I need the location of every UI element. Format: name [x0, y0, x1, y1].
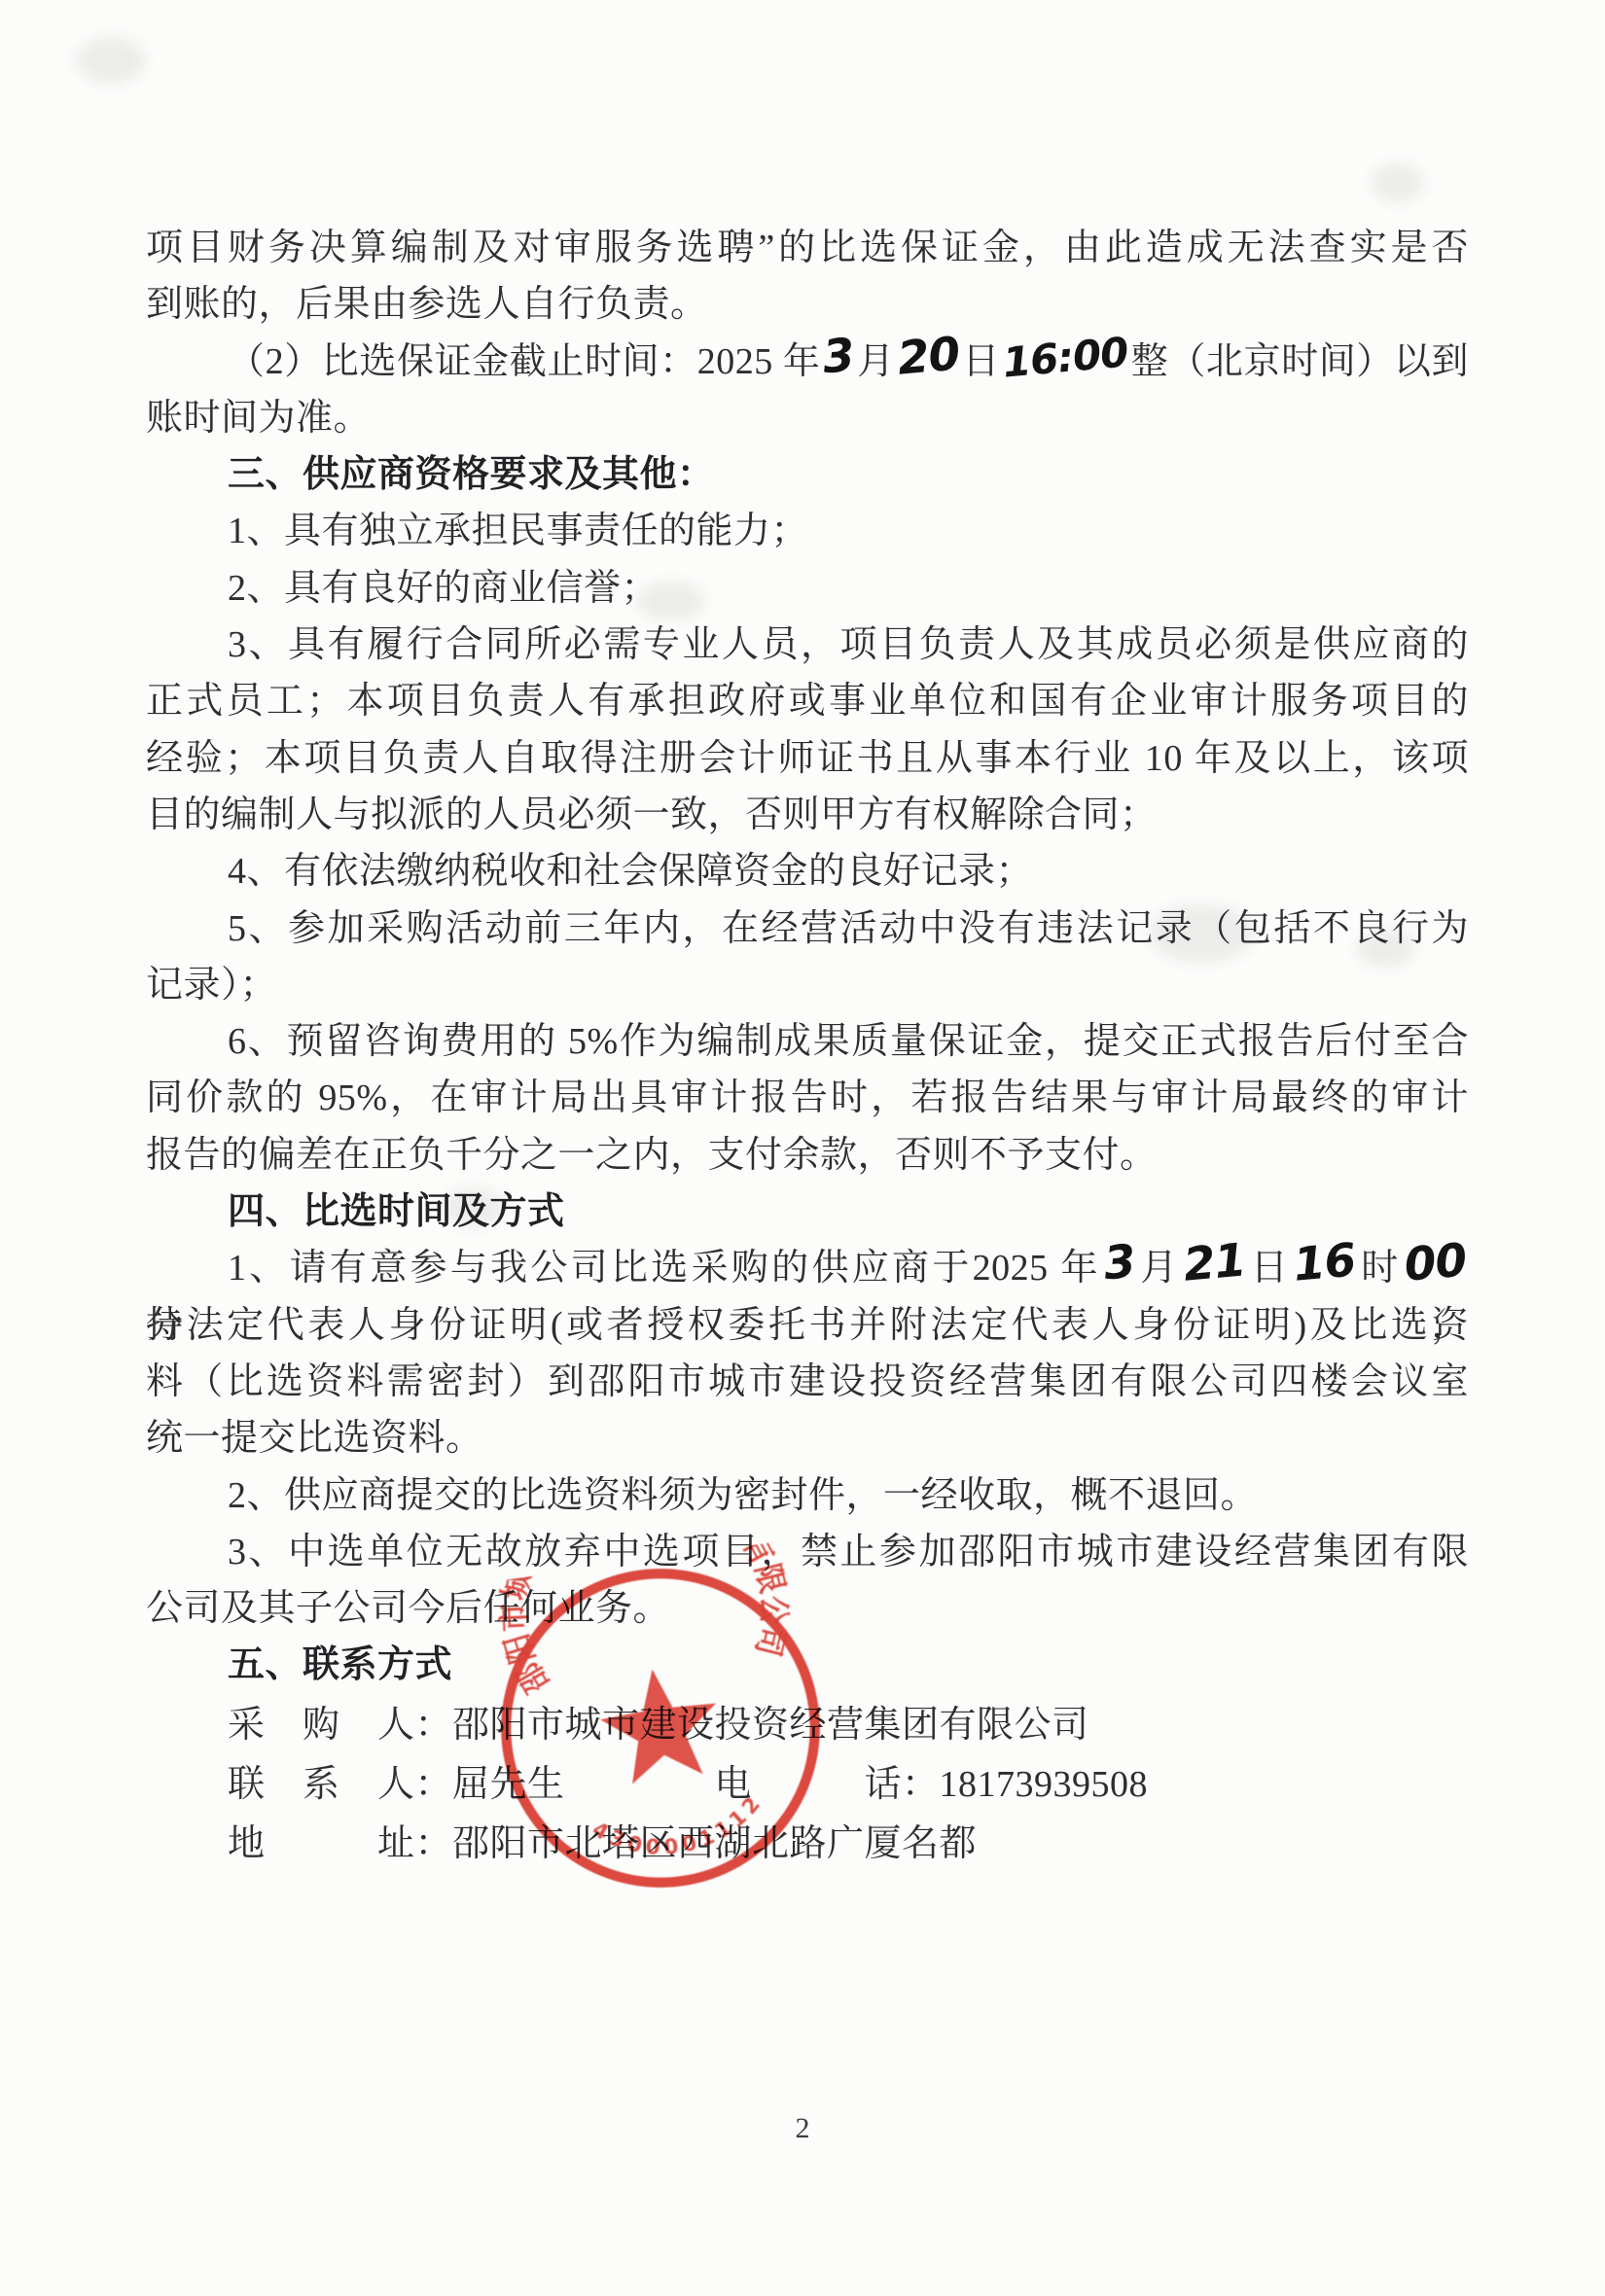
contact-purchaser: 采 购 人：邵阳市城市建设投资经营集团有限公司	[146, 1697, 1469, 1753]
handwritten-month: 3	[821, 332, 856, 380]
scan-artifact	[1372, 163, 1424, 202]
text: 1、请有意参与我公司比选采购的供应商于2025 年	[228, 1248, 1101, 1289]
document-body: 项目财务决算编制及对审服务选聘”的比选保证金，由此造成无法查实是否 到账的，后果…	[146, 220, 1469, 1873]
list-item: 3、中选单位无故放弃中选项目，禁止参加邵阳市城市建设经营集团有限	[146, 1524, 1469, 1580]
text-line: 正式员工；本项目负责人有承担政府或事业单位和国有企业审计服务项目的	[146, 673, 1469, 729]
text: 地 址：邵阳市北塔区西湖北路广厦名都	[228, 1823, 977, 1864]
contact-address: 地 址：邵阳市北塔区西湖北路广厦名都	[146, 1816, 1469, 1872]
text: 同价款的 95%，在审计局出具审计报告时，若报告结果与审计局最终的审计	[146, 1077, 1469, 1118]
text-line: 项目财务决算编制及对审服务选聘”的比选保证金，由此造成无法查实是否	[146, 220, 1469, 276]
text: 5、参加采购活动前三年内，在经营活动中没有违法记录（包括不良行为	[228, 908, 1469, 949]
text: （2）比选保证金截止时间：2025 年	[228, 341, 820, 382]
heading-text: 三、供应商资格要求及其他：	[228, 454, 715, 495]
text: 公司及其子公司今后任何业务。	[146, 1588, 670, 1629]
text-line: 同价款的 95%，在审计局出具审计报告时，若报告结果与审计局最终的审计	[146, 1070, 1469, 1126]
text: 报告的偏差在正负千分之一之内，支付余款，否则不予支付。	[146, 1135, 1158, 1176]
heading-text: 五、联系方式	[228, 1644, 452, 1685]
text: 采 购 人：邵阳市城市建设投资经营集团有限公司	[228, 1705, 1089, 1746]
text: 2、具有良好的商业信誉；	[228, 568, 659, 609]
text-line-deadline: （2）比选保证金截止时间：2025 年3月20日16:00整（北京时间）以到	[146, 334, 1469, 390]
text: 整（北京时间）以到	[1131, 341, 1469, 382]
text: 月	[1137, 1248, 1180, 1289]
text: 到账的，后果由参选人自行负责。	[146, 284, 708, 325]
list-item: 5、参加采购活动前三年内，在经营活动中没有违法记录（包括不良行为	[146, 901, 1469, 957]
text: 6、预留咨询费用的 5%作为编制成果质量保证金，提交正式报告后付至合	[228, 1021, 1469, 1062]
text: 账时间为准。	[146, 398, 371, 439]
text: 月	[857, 341, 895, 382]
text: 3、具有履行合同所必需专业人员，项目负责人及其成员必须是供应商的	[228, 624, 1469, 665]
text-line: 到账的，后果由参选人自行负责。	[146, 276, 1469, 333]
text: 联 系 人：屈先生 电 话：18173939508	[228, 1764, 1148, 1805]
text: 4、有依法缴纳税收和社会保障资金的良好记录；	[228, 851, 1033, 892]
document-page: 项目财务决算编制及对审服务选聘”的比选保证金，由此造成无法查实是否 到账的，后果…	[0, 0, 1605, 2296]
list-item: 3、具有履行合同所必需专业人员，项目负责人及其成员必须是供应商的	[146, 617, 1469, 673]
text: 日	[962, 341, 1000, 382]
text-line: 经验；本项目负责人自取得注册会计师证书且从事本行业 10 年及以上，该项	[146, 730, 1469, 787]
section-heading-4: 四、比选时间及方式	[146, 1183, 1469, 1240]
text-line: 料（比选资料需密封）到邵阳市城市建设投资经营集团有限公司四楼会议室	[146, 1354, 1469, 1410]
text-line: 记录）；	[146, 957, 1469, 1013]
text-line: 公司及其子公司今后任何业务。	[146, 1580, 1469, 1637]
text-line: 账时间为准。	[146, 390, 1469, 446]
text: 时	[1358, 1248, 1401, 1289]
text: 日	[1248, 1248, 1291, 1289]
text-line: 持法定代表人身份证明(或者授权委托书并附法定代表人身份证明)及比选资	[146, 1297, 1469, 1354]
handwritten-day: 20	[896, 331, 961, 381]
text-line: 报告的偏差在正负千分之一之内，支付余款，否则不予支付。	[146, 1127, 1469, 1183]
text: 项目财务决算编制及对审服务选聘”的比选保证金，由此造成无法查实是否	[146, 228, 1469, 268]
list-item: 2、供应商提交的比选资料须为密封件，一经收取，概不退回。	[146, 1467, 1469, 1524]
contact-person-phone: 联 系 人：屈先生 电 话：18173939508	[146, 1756, 1469, 1813]
text: 1、具有独立承担民事责任的能力；	[228, 511, 808, 551]
text-line: 统一提交比选资料。	[146, 1410, 1469, 1466]
list-item: 4、有依法缴纳税收和社会保障资金的良好记录；	[146, 843, 1469, 900]
text: 目的编制人与拟派的人员必须一致，否则甲方有权解除合同；	[146, 795, 1158, 835]
text: 经验；本项目负责人自取得注册会计师证书且从事本行业 10 年及以上，该项	[146, 738, 1469, 779]
text: 料（比选资料需密封）到邵阳市城市建设投资经营集团有限公司四楼会议室	[146, 1361, 1469, 1402]
text-line: 目的编制人与拟派的人员必须一致，否则甲方有权解除合同；	[146, 787, 1469, 843]
text-line-meeting-time: 1、请有意参与我公司比选采购的供应商于2025 年3月21日16时00分，	[146, 1240, 1469, 1296]
handwritten-month: 3	[1102, 1239, 1137, 1288]
text: 3、中选单位无故放弃中选项目，禁止参加邵阳市城市建设经营集团有限	[228, 1532, 1469, 1572]
text: 统一提交比选资料。	[146, 1418, 483, 1459]
handwritten-minute: 00	[1402, 1238, 1467, 1289]
scan-artifact	[76, 37, 146, 84]
list-item: 1、具有独立承担民事责任的能力；	[146, 503, 1469, 559]
handwritten-day: 21	[1181, 1238, 1246, 1289]
page-number: 2	[0, 2112, 1605, 2145]
handwritten-hour: 16	[1292, 1238, 1357, 1289]
list-item: 2、具有良好的商业信誉；	[146, 560, 1469, 617]
text: 记录）；	[146, 965, 277, 1006]
section-heading-3: 三、供应商资格要求及其他：	[146, 446, 1469, 503]
text: 2、供应商提交的比选资料须为密封件，一经收取，概不退回。	[228, 1475, 1258, 1516]
list-item: 6、预留咨询费用的 5%作为编制成果质量保证金，提交正式报告后付至合	[146, 1013, 1469, 1070]
heading-text: 四、比选时间及方式	[228, 1191, 565, 1232]
text: 持法定代表人身份证明(或者授权委托书并附法定代表人身份证明)及比选资	[146, 1305, 1469, 1346]
section-heading-5: 五、联系方式	[146, 1637, 1469, 1693]
handwritten-time: 16:00	[1001, 332, 1129, 383]
text: 正式员工；本项目负责人有承担政府或事业单位和国有企业审计服务项目的	[146, 681, 1469, 722]
